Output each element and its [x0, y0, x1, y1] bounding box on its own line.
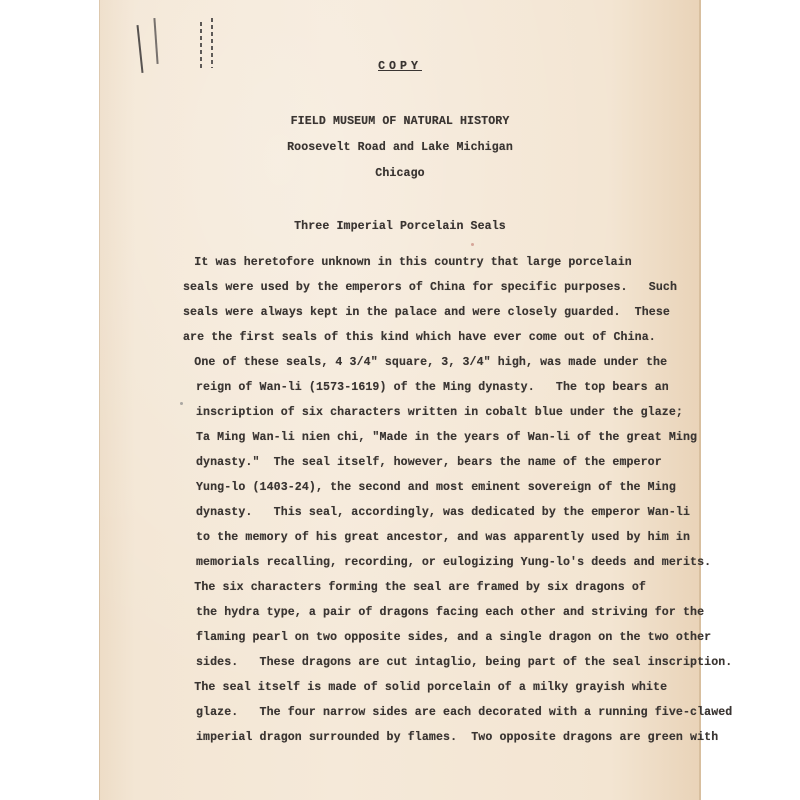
- body-line: One of these seals, 4 3/4" square, 3, 3/…: [159, 356, 667, 369]
- body-line: It was heretofore unknown in this countr…: [159, 256, 632, 269]
- handwritten-mark: [153, 18, 158, 64]
- body-line: The six characters forming the seal are …: [159, 581, 646, 594]
- body-line: glaze. The four narrow sides are each de…: [196, 706, 732, 719]
- body-line: memorials recalling, recording, or eulog…: [196, 556, 711, 569]
- institution-name: FIELD MUSEUM OF NATURAL HISTORY: [99, 115, 701, 128]
- institution-city: Chicago: [99, 167, 701, 180]
- body-line: reign of Wan-li (1573-1619) of the Ming …: [196, 381, 669, 394]
- body-line: imperial dragon surrounded by flames. Tw…: [196, 731, 718, 744]
- body-line: Ta Ming Wan-li nien chi, "Made in the ye…: [196, 431, 697, 444]
- body-line: seals were used by the emperors of China…: [183, 281, 677, 294]
- copy-label: COPY: [99, 60, 701, 73]
- institution-address: Roosevelt Road and Lake Michigan: [99, 141, 701, 154]
- body-line: inscription of six characters written in…: [196, 406, 683, 419]
- body-line: to the memory of his great ancestor, and…: [196, 531, 690, 544]
- body-line: sides. These dragons are cut intaglio, b…: [196, 656, 732, 669]
- paper-speck: [471, 243, 474, 246]
- body-line: The seal itself is made of solid porcela…: [159, 681, 667, 694]
- body-line: Yung-lo (1403-24), the second and most e…: [196, 481, 676, 494]
- document-title: Three Imperial Porcelain Seals: [99, 220, 701, 233]
- body-line: are the first seals of this kind which h…: [183, 331, 656, 344]
- body-line: dynasty." The seal itself, however, bear…: [196, 456, 662, 469]
- body-line: flaming pearl on two opposite sides, and…: [196, 631, 711, 644]
- body-line: seals were always kept in the palace and…: [183, 306, 670, 319]
- body-line: the hydra type, a pair of dragons facing…: [196, 606, 704, 619]
- paper-speck: [180, 402, 183, 405]
- body-line: dynasty. This seal, accordingly, was ded…: [196, 506, 690, 519]
